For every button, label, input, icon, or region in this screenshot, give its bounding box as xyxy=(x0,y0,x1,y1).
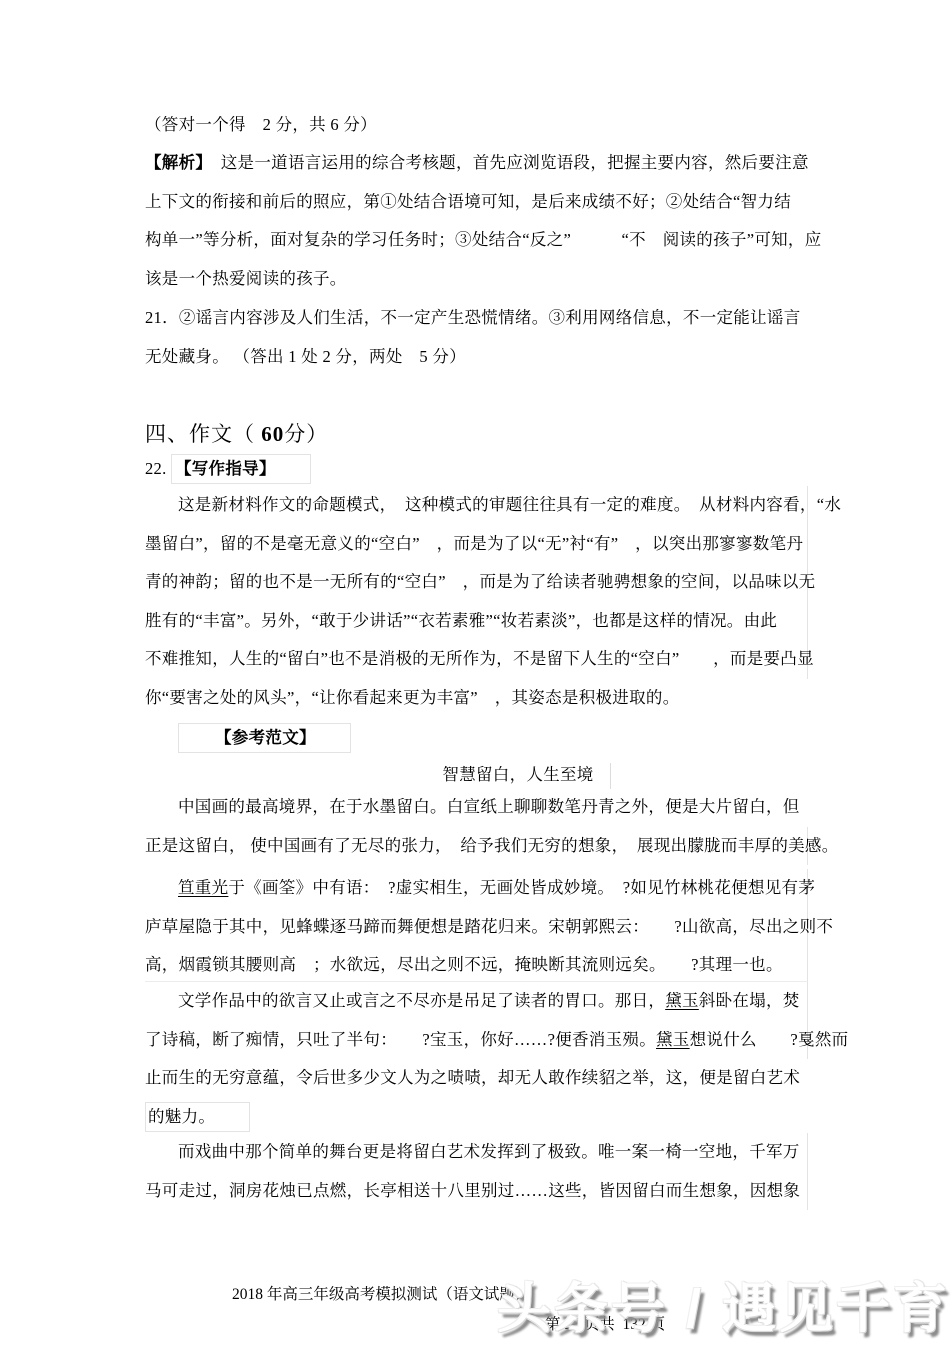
analysis-line1-text: 这是一道语言运用的综合考核题，首先应浏览语段，把握主要内容，然后要注意 xyxy=(204,153,809,172)
question-22-block: 22. 【写作指导】 xyxy=(145,450,808,489)
guidance-line: 胜有的“丰富”。另外，“敢于少讲话”“衣若素雅”“妆若素淡”，也都是这样的情况。… xyxy=(145,602,808,641)
doc-title: 2018 年高三年级高考模拟测试（语文试题） xyxy=(232,1280,530,1310)
guidance-line: 青的神韵；留的也不是一无所有的“空白” ，而是为了给读者驰骋想象的空间，以品味以… xyxy=(145,563,808,602)
essay-paragraph-1: 中国画的最高境界，在于水墨留白。白宣纸上聊聊数笔丹青之外，便是大片留白，但 正是… xyxy=(145,788,808,865)
underlined-name-daiyu: 黛玉 xyxy=(656,1030,690,1049)
score-note-block: （答对一个得 2 分，共 6 分） xyxy=(145,106,808,145)
essay-line: 笪重光于《画筌》中有语： ?虚实相生，无画处皆成妙境。 ?如见竹林桃花便想见有茅 xyxy=(145,869,808,908)
question-21-line: 21．②谣言内容涉及人们生活，不一定产生恐慌情绪。③利用网络信息，不一定能让谣言 xyxy=(145,299,808,338)
analysis-line: 该是一个热爱阅读的孩子。 xyxy=(145,260,808,299)
analysis-label: 【解析】 xyxy=(145,153,204,172)
essay-line: 而戏曲中那个简单的舞台更是将留白艺术发挥到了极致。唯一案一椅一空地，千军万 xyxy=(145,1133,808,1172)
analysis-line: 构单一”等分析，面对复杂的学习任务时；③处结合“反之” “不 阅读的孩子”可知，… xyxy=(145,221,808,260)
essay-line-text: 想说什么 ?戛然而 xyxy=(690,1030,849,1049)
question-21-line: 无处藏身。 （答出 1 处 2 分，两处 5 分） xyxy=(145,338,808,377)
document-page: （答对一个得 2 分，共 6 分） 【解析】 这是一道语言运用的综合考核题，首先… xyxy=(0,0,952,1349)
sample-essay-label-line: 【参考范文】 xyxy=(145,719,808,758)
essay-line: 止而生的无穷意蕴，令后世多少文人为之啧啧，却无人敢作续貂之举，这，便是留白艺术 xyxy=(145,1059,808,1098)
analysis-line: 上下文的衔接和前后的照应，第①处结合语境可知，是后来成绩不好；②处结合“智力结 xyxy=(145,183,808,222)
analysis-paragraph: 【解析】 这是一道语言运用的综合考核题，首先应浏览语段，把握主要内容，然后要注意… xyxy=(145,144,808,298)
essay-paragraph-4: 而戏曲中那个简单的舞台更是将留白艺术发挥到了极致。唯一案一椅一空地，千军万 马可… xyxy=(145,1133,808,1210)
essay-line-text: 文学作品中的欲言又止或言之不尽亦是吊足了读者的胃口。那日， xyxy=(178,991,665,1010)
question-21-paragraph: 21．②谣言内容涉及人们生活，不一定产生恐慌情绪。③利用网络信息，不一定能让谣言… xyxy=(145,299,808,376)
analysis-line: 【解析】 这是一道语言运用的综合考核题，首先应浏览语段，把握主要内容，然后要注意 xyxy=(145,144,808,183)
essay-line: 庐草屋隐于其中，见蜂蝶逐马蹄而舞便想是踏花归来。宋朝郭熙云： ?山欲高，尽出之则… xyxy=(145,908,808,947)
underlined-name-dazhongguang: 笪重光 xyxy=(178,878,228,897)
question-22-number: 22. xyxy=(145,459,171,478)
guidance-paragraph: 这是新材料作文的命题模式， 这种模式的审题往往具有一定的难度。 从材料内容看，“… xyxy=(145,486,808,717)
essay-paragraph-2: 笪重光于《画筌》中有语： ?虚实相生，无画处皆成妙境。 ?如见竹林桃花便想见有茅… xyxy=(145,869,808,985)
essay-line-text: 了诗稿，断了痴情，只吐了半句： ?宝玉，你好……?便香消玉殒。 xyxy=(145,1030,656,1049)
essay-line: 马可走过，洞房花烛已点燃，长亭相送十八里别过……这些，皆因留白而生想象，因想象 xyxy=(145,1172,808,1211)
essay-line: 了诗稿，断了痴情，只吐了半句： ?宝玉，你好……?便香消玉殒。黛玉想说什么 ?戛… xyxy=(145,1021,808,1060)
watermark: 头条号 / 遇见千育 xyxy=(497,1266,950,1343)
essay-paragraph-3: 文学作品中的欲言又止或言之不尽亦是吊足了读者的胃口。那日，黛玉斜卧在塌，焚 了诗… xyxy=(145,981,808,1136)
guidance-line: 墨留白”，留的不是毫无意义的“空白” ，而是为了以“无”衬“有” ，以突出那寥寥… xyxy=(145,525,808,564)
essay-line-text: 斜卧在塌，焚 xyxy=(699,991,800,1010)
section-heading-score: 60 xyxy=(261,422,284,446)
essay-line: 文学作品中的欲言又止或言之不尽亦是吊足了读者的胃口。那日，黛玉斜卧在塌，焚 xyxy=(145,981,808,1021)
sample-essay-label: 【参考范文】 xyxy=(178,723,351,753)
essay-line-text: 的魅力。 xyxy=(145,1102,250,1132)
section-heading-prefix: 四、作文（ xyxy=(145,422,261,446)
sample-essay-label-block: 【参考范文】 xyxy=(145,719,808,758)
section-heading: 四、作文（ 60分） xyxy=(145,413,808,455)
guidance-line: 这是新材料作文的命题模式， 这种模式的审题往往具有一定的难度。 从材料内容看，“… xyxy=(145,486,808,525)
essay-title: 智慧留白，人生至境 xyxy=(442,765,610,784)
section-heading-block: 四、作文（ 60分） xyxy=(145,413,808,455)
question-22-line: 22. 【写作指导】 xyxy=(145,450,808,489)
essay-line: 高，烟霞锁其腰则高 ；水欲远，尽出之则不远，掩映断其流则远矣。 ?其理一也。 xyxy=(145,946,808,985)
writing-guide-label: 【写作指导】 xyxy=(171,454,311,484)
score-note: （答对一个得 2 分，共 6 分） xyxy=(145,106,808,145)
essay-line-text: 于《画筌》中有语： ?虚实相生，无画处皆成妙境。 ?如见竹林桃花便想见有茅 xyxy=(228,878,815,897)
section-heading-suffix: 分） xyxy=(284,422,328,446)
essay-line: 中国画的最高境界，在于水墨留白。白宣纸上聊聊数笔丹青之外，便是大片留白，但 xyxy=(145,788,808,827)
guidance-line: 你“要害之处的风头”，“让你看起来更为丰富” ，其姿态是积极进取的。 xyxy=(145,679,808,718)
underlined-name-daiyu: 黛玉 xyxy=(665,991,699,1010)
essay-line: 正是这留白， 使中国画有了无尽的张力， 给予我们无穷的想象， 展现出朦胧而丰厚的… xyxy=(145,827,808,866)
guidance-line: 不难推知，人生的“留白”也不是消极的无所作为，不是留下人生的“空白” ，而是要凸… xyxy=(145,640,808,679)
essay-line: 的魅力。 xyxy=(145,1098,808,1137)
